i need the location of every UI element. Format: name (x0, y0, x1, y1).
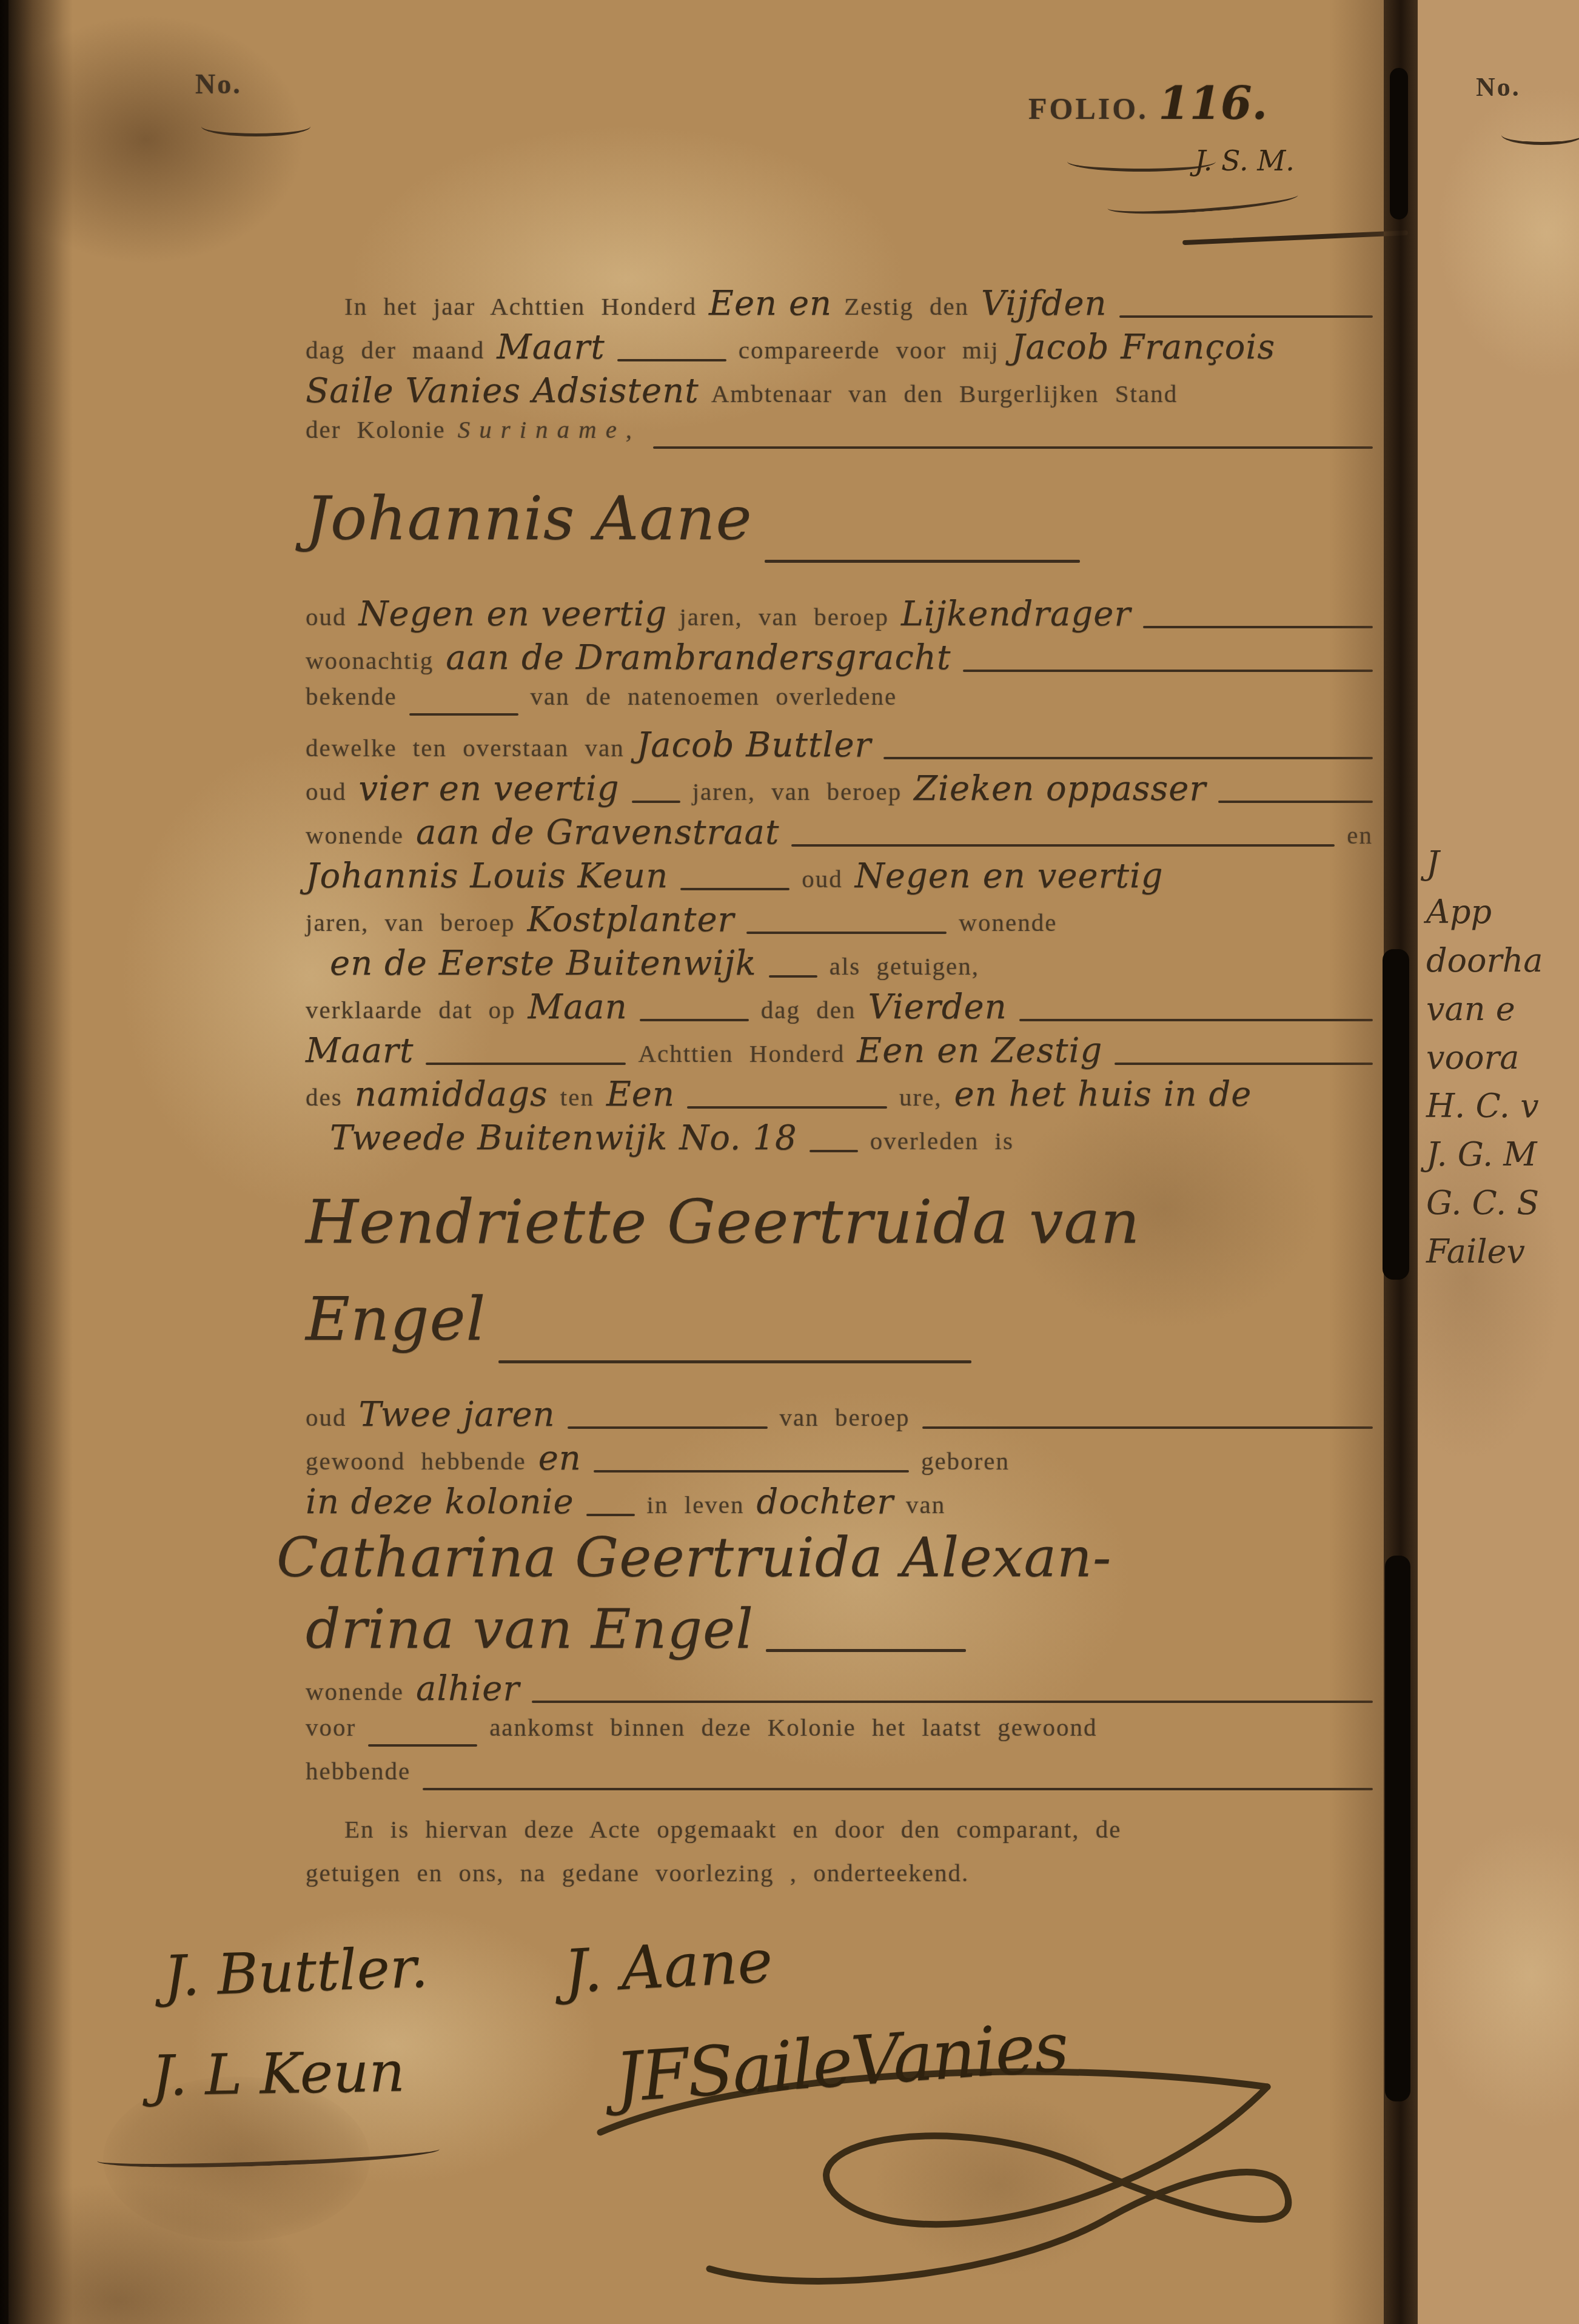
act-line: dag der maandMaartcompareerde voor mijJa… (306, 327, 1373, 371)
printed-text: van (906, 1490, 945, 1519)
handwritten-text: aan de Gravenstraat (416, 813, 779, 852)
handwritten-text: Kostplanter (527, 900, 734, 939)
handwriting-fragment: J. G. M (1426, 1135, 1543, 1184)
handwritten-text: Een (606, 1075, 675, 1114)
act-line: dewelke ten overstaan vanJacob Buttler (306, 725, 1373, 769)
printed-text: jaren, van beroep (692, 777, 902, 806)
handwritten-text: en de Eerste Buitenwijk (330, 944, 757, 983)
act-line: MaartAchttien HonderdEen en Zestig (306, 1031, 1373, 1075)
crease-tear-mark (1385, 1556, 1410, 2101)
printed-text: oud (306, 602, 347, 631)
handwritten-text: Negen en veertig (359, 594, 668, 634)
printed-text: der Kolonie (306, 415, 446, 444)
printed-text: van de natenoemen overledene (531, 682, 897, 711)
handwritten-text: Jacob François (1011, 327, 1275, 367)
act-line: in deze koloniein levendochtervan (306, 1482, 1373, 1526)
handwritten-text: Vijfden (981, 284, 1107, 323)
printed-text: des (306, 1083, 343, 1112)
act-line: wonendeaan de Gravenstraaten (306, 813, 1373, 856)
clerk-initials-handwritten: J. S. M. (1195, 144, 1295, 177)
printed-text: woonachtig (306, 646, 434, 675)
printed-text: aankomst binnen deze Kolonie het laatst … (489, 1713, 1097, 1742)
ink-stroke (1182, 230, 1408, 245)
ruled-blank-line (423, 1788, 1373, 1790)
handwritten-text: aan de Drambrandersgracht (446, 638, 951, 677)
ruled-blank-line (617, 359, 726, 361)
main-page: No. FOLIO. 116. J. S. M. In het jaar Ach… (8, 0, 1384, 2324)
printed-text: oud (306, 1403, 347, 1432)
act-line: der KolonieSuriname, (306, 415, 1373, 458)
printed-text: Ambtenaar van den Burgerlijken Stand (711, 379, 1178, 408)
printed-text: overleden is (870, 1126, 1014, 1155)
act-line: Engel (306, 1283, 1373, 1380)
act-line: En is hiervan deze Acte opgemaakt en doo… (306, 1815, 1373, 1858)
handwritten-text: Twee jaren (359, 1395, 555, 1434)
printed-text: En is hiervan deze Acte opgemaakt en doo… (344, 1815, 1121, 1844)
handwritten-text: Lijkendrager (901, 594, 1131, 634)
printed-text: en (1347, 821, 1373, 850)
handwritten-text: Saile Vanies Adsistent (306, 371, 699, 411)
act-line: desnamiddagstenEenure,en het huis in de (306, 1075, 1373, 1118)
printed-text: jaren, van beroep (306, 908, 515, 937)
handwritten-text: Hendriette Geertruida van (306, 1186, 1140, 1257)
ruled-blank-line (687, 1106, 887, 1109)
folio-label: FOLIO. 116. (1028, 78, 1267, 130)
handwritten-text: en het huis in de (954, 1075, 1252, 1114)
adjacent-page: No. JAppdoorhavan evooraH. C. vJ. G. MG.… (1418, 0, 1579, 2324)
printed-text: als getuigen, (830, 952, 979, 981)
act-line: wonendealhier (306, 1669, 1373, 1713)
printed-text: hebbende (306, 1756, 411, 1785)
printed-text: dag den (761, 995, 856, 1024)
ruled-blank-line (1119, 315, 1373, 318)
act-line: Tweede Buitenwijk No. 18overleden is (306, 1118, 1373, 1162)
ruled-blank-line (632, 801, 680, 803)
handwritten-text: Zieken oppasser (914, 769, 1206, 808)
ruled-blank-line (765, 560, 1080, 563)
printed-text: in leven (647, 1490, 745, 1519)
handwriting-fragment: van e (1426, 990, 1543, 1038)
adjacent-no-label: No. (1476, 72, 1521, 102)
act-line: verklaarde dat opMaandag denVierden (306, 987, 1373, 1031)
act-line: Catharina Geertruida Alexan- (277, 1526, 1373, 1597)
flourish-under-initials (1107, 185, 1299, 218)
handwritten-text: Een en Zestig (857, 1031, 1102, 1070)
flourish-under-folio (1067, 152, 1216, 172)
adjacent-page-fragments: JAppdoorhavan evooraH. C. vJ. G. MG. C. … (1426, 844, 1543, 1281)
ruled-blank-line (640, 1019, 749, 1021)
printed-text-spaced: Suriname, (458, 415, 641, 444)
act-line: jaren, van beroepKostplanterwonende (306, 900, 1373, 944)
ruled-blank-line (594, 1470, 909, 1473)
ruled-blank-line (746, 932, 947, 934)
act-line: oudNegen en veertigjaren, van beroepLijk… (306, 594, 1373, 638)
ruled-blank-line (883, 757, 1373, 759)
act-line: drina van Engel (306, 1597, 1373, 1669)
act-line: vooraankomst binnen deze Kolonie het laa… (306, 1713, 1373, 1756)
printed-text: verklaarde dat op (306, 995, 516, 1024)
ruled-blank-line (810, 1150, 858, 1152)
ruled-blank-line (586, 1514, 635, 1516)
ruled-blank-line (1218, 801, 1373, 803)
document-scan: No. FOLIO. 116. J. S. M. In het jaar Ach… (0, 0, 1579, 2324)
ruled-blank-line (426, 1063, 626, 1065)
printed-text: ure, (899, 1083, 942, 1112)
ruled-blank-line (498, 1360, 971, 1363)
act-line: Hendriette Geertruida van (306, 1186, 1373, 1283)
printed-text: gewoond hebbende (306, 1446, 526, 1476)
ruled-blank-line (766, 1649, 966, 1652)
handwritten-text: in deze kolonie (306, 1482, 574, 1522)
ruled-blank-line (1019, 1019, 1373, 1021)
signature-witness-buttler: J. Buttler. (163, 1935, 429, 2009)
signature-flourish-registrar (582, 2054, 1346, 2314)
act-line: Johannis Louis KeunoudNegen en veertig (306, 856, 1373, 900)
printed-text: Zestig den (844, 292, 969, 321)
handwriting-fragment: doorha (1426, 941, 1543, 990)
ruled-blank-line (680, 888, 790, 890)
ruled-blank-line (769, 975, 817, 978)
ruled-blank-line (1115, 1063, 1373, 1065)
ink-smudge (103, 2077, 370, 2242)
folio-number-handwritten: 116. (1158, 78, 1267, 130)
flourish-under-no (201, 116, 310, 136)
handwritten-text: Engel (306, 1283, 486, 1354)
handwritten-text: Vierden (868, 987, 1007, 1027)
folio-word: FOLIO. (1028, 92, 1148, 126)
printed-text: wonende (959, 908, 1057, 937)
act-line: In het jaar Achttien HonderdEen enZestig… (306, 284, 1373, 327)
printed-text: voor (306, 1713, 356, 1742)
printed-text: jaren, van beroep (679, 602, 888, 631)
handwritten-text: Maart (497, 327, 605, 367)
printed-text: dewelke ten overstaan van (306, 733, 625, 762)
handwriting-fragment: G. C. S (1426, 1184, 1543, 1232)
printed-text: getuigen en ons, na gedane voorlezing , … (306, 1858, 969, 1887)
ruled-blank-line (922, 1426, 1373, 1429)
act-line: oudvier en veertigjaren, van beroepZieke… (306, 769, 1373, 813)
handwritten-text: Johannis Aane (306, 483, 753, 554)
printed-text: Achttien Honderd (638, 1039, 845, 1068)
act-number-label: No. (195, 68, 242, 100)
handwritten-text: Maart (306, 1031, 414, 1070)
handwriting-fragment: App (1426, 893, 1543, 941)
handwritten-text: Tweede Buitenwijk No. 18 (330, 1118, 797, 1158)
handwritten-text: Maan (528, 987, 628, 1027)
scan-edge-left (0, 0, 73, 2324)
act-line: Johannis Aane (306, 483, 1373, 580)
ruled-blank-line (653, 446, 1373, 449)
printed-text: wonende (306, 1677, 404, 1706)
handwritten-text: drina van Engel (306, 1597, 754, 1661)
ruled-blank-line (532, 1701, 1373, 1703)
handwriting-fragment: voora (1426, 1038, 1543, 1087)
crease-tear-mark (1390, 68, 1408, 220)
act-body: In het jaar Achttien HonderdEen enZestig… (306, 284, 1373, 1902)
act-line: woonachtigaan de Drambrandersgracht (306, 638, 1373, 682)
ruled-blank-line (568, 1426, 768, 1429)
ruled-blank-line (791, 844, 1335, 847)
handwritten-text: Jacob Buttler (637, 725, 872, 765)
printed-text: wonende (306, 821, 404, 850)
handwritten-text: Johannis Louis Keun (306, 856, 668, 896)
printed-text: dag der maand (306, 335, 484, 364)
printed-text: geboren (921, 1446, 1010, 1476)
handwritten-text: namiddags (355, 1075, 548, 1114)
act-line: gewoond hebbendeengeboren (306, 1439, 1373, 1482)
handwriting-fragment: H. C. v (1426, 1087, 1543, 1135)
act-line: bekendevan de natenoemen overledene (306, 682, 1373, 725)
handwritten-text: alhier (416, 1669, 520, 1708)
crease-tear-mark (1383, 949, 1409, 1280)
printed-text: oud (802, 864, 843, 893)
printed-text: ten (560, 1083, 594, 1112)
handwriting-fragment: Failev (1426, 1232, 1543, 1281)
act-line: oudTwee jarenvan beroep (306, 1395, 1373, 1439)
printed-text: In het jaar Achttien Honderd (344, 292, 697, 321)
ruled-blank-line (368, 1744, 477, 1747)
signature-declarant-aane: J. Aane (562, 1927, 774, 2007)
ruled-blank-line (1143, 626, 1373, 628)
act-line: Saile Vanies AdsistentAmbtenaar van den … (306, 371, 1373, 415)
act-line: en de Eerste Buitenwijkals getuigen, (306, 944, 1373, 987)
handwritten-text: dochter (757, 1482, 894, 1522)
handwriting-fragment: J (1426, 844, 1543, 893)
handwritten-text: Catharina Geertruida Alexan- (277, 1526, 1111, 1590)
ruled-blank-line (963, 670, 1373, 672)
ruled-blank-line (409, 713, 518, 716)
act-line: hebbende (306, 1756, 1373, 1800)
printed-text: compareerde voor mij (739, 335, 999, 364)
act-line: getuigen en ons, na gedane voorlezing , … (306, 1858, 1373, 1902)
handwritten-text: Negen en veertig (855, 856, 1164, 896)
flourish-under-adjacent-no (1501, 125, 1579, 145)
printed-text: oud (306, 777, 347, 806)
handwritten-text: vier en veertig (359, 769, 620, 808)
printed-text: van beroep (780, 1403, 910, 1432)
handwritten-text: Een en (709, 284, 832, 323)
printed-text: bekende (306, 682, 397, 711)
handwritten-text: en (538, 1439, 582, 1478)
